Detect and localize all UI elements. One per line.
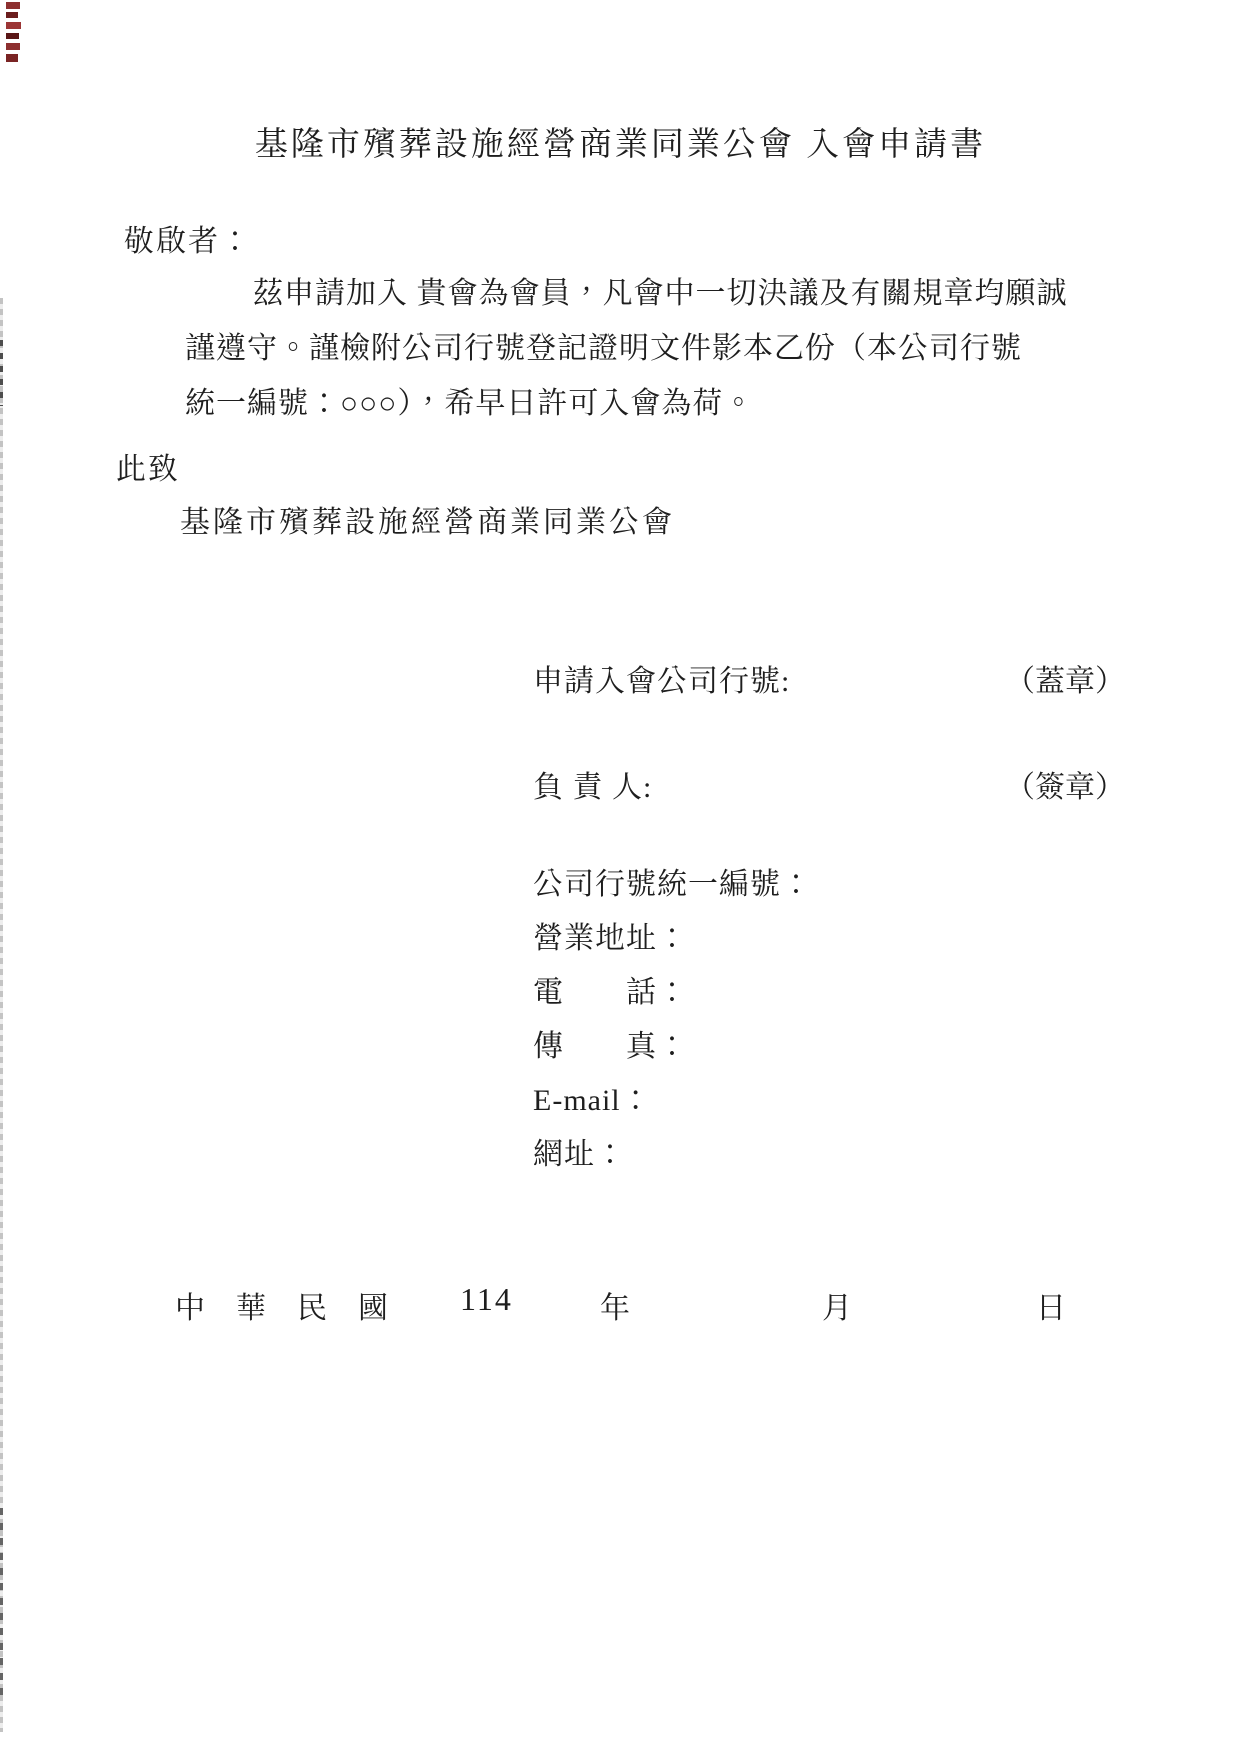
year-label: 年	[600, 1283, 630, 1327]
era-char: 民	[297, 1283, 327, 1327]
year-value: 114	[460, 1281, 513, 1318]
company-info-fields: 公司行號統一編號： 營業地址： 電 話： 傳 真： E-mail： 網址：	[533, 858, 812, 1182]
scanned-application-form-page: 基隆市殯葬設施經營商業同業公會 入會申請書 敬啟者： 茲申請加入 貴會為會員，凡…	[0, 0, 1241, 1755]
fax-label: 傳 真：	[533, 1020, 812, 1074]
closing-phrase: 此致	[116, 444, 180, 488]
page-title: 基隆市殯葬設施經營商業同業公會 入會申請書	[0, 118, 1241, 165]
unified-business-number-label: 公司行號統一編號：	[533, 858, 812, 912]
responsible-person-sign-note: （簽章）	[1005, 762, 1125, 806]
body-paragraph: 茲申請加入 貴會為會員，凡會中一切決議及有關規章均願誠 謹遵守。謹檢附公司行號登…	[185, 266, 1115, 431]
telephone-label: 電 話：	[533, 966, 812, 1020]
day-label: 日	[1036, 1283, 1066, 1327]
era-name: 中 華 民 國	[175, 1283, 388, 1327]
scan-artifact-topleft-marks	[6, 2, 26, 66]
website-label: 網址：	[533, 1128, 812, 1182]
business-address-label: 營業地址：	[533, 912, 812, 966]
era-char: 華	[236, 1283, 266, 1327]
era-char: 國	[358, 1283, 388, 1327]
email-label: E-mail：	[533, 1074, 812, 1128]
responsible-person-field-label: 負 責 人:	[533, 762, 652, 806]
company-field-label: 申請入會公司行號:	[533, 656, 790, 700]
body-line: 統一編號：○○○），希早日許可入會為荷。	[185, 376, 1115, 431]
addressee-name: 基隆市殯葬設施經營商業同業公會	[180, 497, 675, 541]
date-line: 中 華 民 國 114 年 月 日	[0, 1283, 1241, 1323]
body-line: 謹遵守。謹檢附公司行號登記證明文件影本乙份（本公司行號	[185, 321, 1115, 376]
salutation: 敬啟者：	[124, 216, 252, 260]
era-char: 中	[175, 1283, 205, 1327]
scan-artifact-left-edge-line	[0, 298, 3, 1732]
body-line: 茲申請加入 貴會為會員，凡會中一切決議及有關規章均願誠	[185, 266, 1115, 321]
company-stamp-note: （蓋章）	[1005, 656, 1125, 700]
month-label: 月	[822, 1283, 852, 1327]
